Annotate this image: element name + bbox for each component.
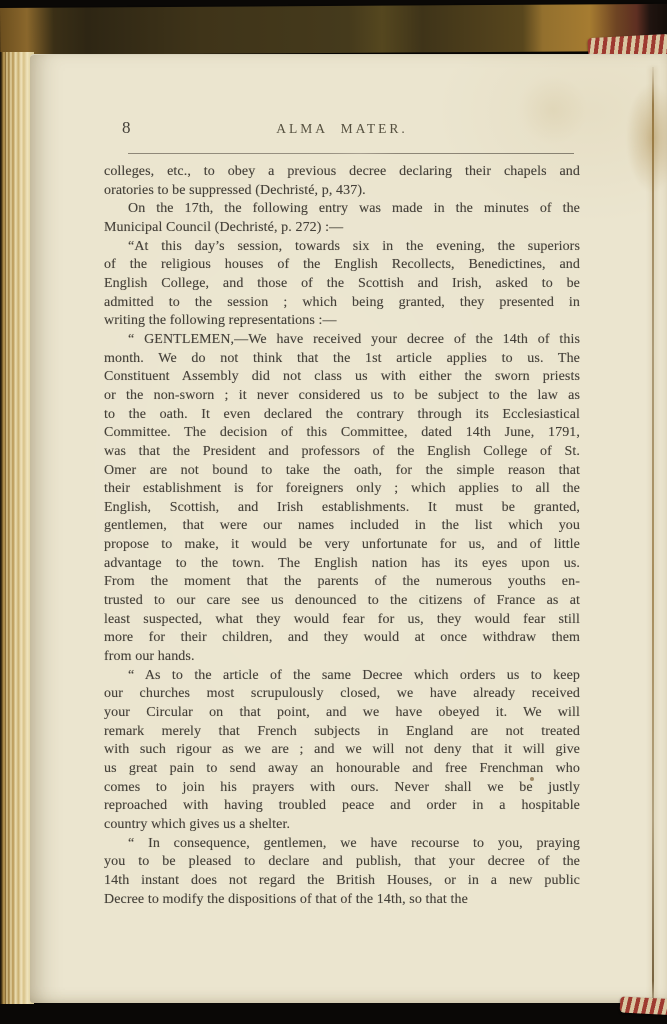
- page-stain: [626, 83, 667, 193]
- text-line: least suspected, what they would fear fo…: [104, 611, 580, 630]
- text-line: 14th instant does not regard the British…: [104, 872, 580, 891]
- text-line: Omer are not bound to take the oath, for…: [104, 462, 580, 481]
- text-line: writing the following representations :—: [104, 312, 580, 331]
- text-line: oratories to be suppressed (Dechristé, p…: [104, 182, 580, 201]
- text-line: to the oath. It even declared the contra…: [104, 406, 580, 425]
- running-title: ALMA MATER.: [104, 121, 580, 137]
- text-line: Municipal Council (Dechristé, p. 272) :—: [104, 219, 580, 238]
- text-line: On the 17th, the following entry was mad…: [104, 200, 580, 219]
- text-line: with such rigour as we are ; and we will…: [104, 741, 580, 760]
- text-line: gentlemen, that were our names included …: [104, 517, 580, 536]
- text-line: “ As to the article of the same Decree w…: [104, 667, 580, 686]
- header-rule: [128, 153, 574, 154]
- text-line: from our hands.: [104, 648, 580, 667]
- text-line: trusted to our care see us denounced to …: [104, 592, 580, 611]
- text-line: colleges, etc., to obey a previous decre…: [104, 163, 580, 182]
- text-line: was that the President and professors of…: [104, 443, 580, 462]
- text-line: comes to join his prayers with ours. Nev…: [104, 779, 580, 798]
- text-line: you to be pleased to declare and publish…: [104, 853, 580, 872]
- text-line: or the non-sworn ; it never considered u…: [104, 387, 580, 406]
- gutter-crease: [652, 67, 654, 1009]
- paragraph: colleges, etc., to obey a previous decre…: [104, 163, 580, 200]
- paragraph: “ As to the article of the same Decree w…: [104, 667, 580, 835]
- text-line: more for their children, and they would …: [104, 629, 580, 648]
- paragraph: On the 17th, the following entry was mad…: [104, 200, 580, 237]
- text-line: admitted to the session ; which being gr…: [104, 294, 580, 313]
- text-line: country which gives us a shelter.: [104, 816, 580, 835]
- gilt-page-edges-left: [0, 52, 34, 1004]
- text-line: propose to make, it would be very unfort…: [104, 536, 580, 555]
- book-cover-top-edge: [0, 4, 667, 55]
- endband-bottom: [620, 996, 667, 1015]
- text-line: “At this day’s session, towards six in t…: [104, 238, 580, 257]
- text-line: reproached with having troubled peace an…: [104, 797, 580, 816]
- book-page: 8 ALMA MATER. colleges, etc., to obey a …: [30, 54, 667, 1003]
- text-line: Decree to modify the dispositions of tha…: [104, 891, 580, 910]
- text-line: “ In consequence, gentlemen, we have rec…: [104, 835, 580, 854]
- text-line: us great pain to send away an honourable…: [104, 760, 580, 779]
- text-line: our churches most scrupulously closed, w…: [104, 685, 580, 704]
- text-block: colleges, etc., to obey a previous decre…: [104, 163, 580, 909]
- text-line: English College, and those of the Scotti…: [104, 275, 580, 294]
- paragraph: “ GENTLEMEN,—We have received your decre…: [104, 331, 580, 667]
- text-line: of the religious houses of the English R…: [104, 256, 580, 275]
- text-line: Constituent Assembly did not class us wi…: [104, 368, 580, 387]
- text-line: advantage to the town. The English natio…: [104, 555, 580, 574]
- book-scan: 8 ALMA MATER. colleges, etc., to obey a …: [0, 0, 667, 1024]
- text-line: Committee. The decision of this Committe…: [104, 424, 580, 443]
- text-line: your Circular on that point, and we have…: [104, 704, 580, 723]
- text-line: their establishment is for foreigners on…: [104, 480, 580, 499]
- text-line: month. We do not think that the 1st arti…: [104, 350, 580, 369]
- text-line: English, Scottish, and Irish establishme…: [104, 499, 580, 518]
- paragraph: “At this day’s session, towards six in t…: [104, 238, 580, 331]
- text-line: remark merely that French subjects in En…: [104, 723, 580, 742]
- paragraph: “ In consequence, gentlemen, we have rec…: [104, 835, 580, 910]
- text-line: “ GENTLEMEN,—We have received your decre…: [104, 331, 580, 350]
- text-line: From the moment that the parents of the …: [104, 573, 580, 592]
